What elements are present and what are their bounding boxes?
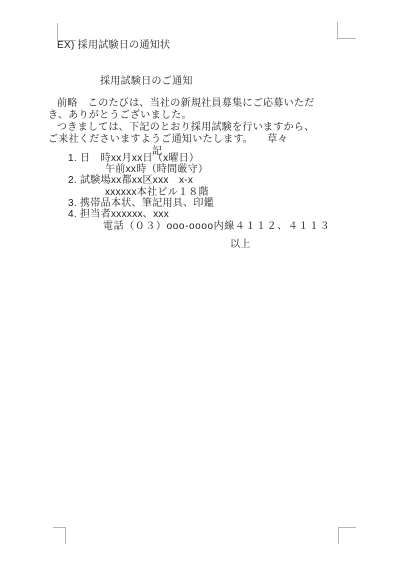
item-number: 3.: [68, 198, 80, 209]
list-item-venue: 2. 試験場 xx都xx区xxx x-x: [68, 175, 214, 186]
list-item-date: 1. 日 時 xx月xx日（x曜日）: [68, 153, 214, 164]
item-label: 携帯品: [80, 198, 110, 209]
item-value: 本状、筆記用具、印鑑: [111, 198, 214, 209]
item-value: 午前xx時（時間厳守）: [105, 164, 208, 175]
item-value: xxxxxx本社ビル１８階: [105, 187, 209, 198]
document-page: EX) 採用試験日の通知状 採用試験日のご通知 前略 このたびは、当社の新規社員…: [0, 0, 400, 565]
text-boundary-corner-mark-bottom-left: [53, 527, 66, 544]
item-number: 4.: [68, 209, 80, 220]
item-label: 試験場: [80, 175, 110, 186]
item-value: xxxxxx、xxx: [111, 209, 169, 220]
closing-word-spacer: [253, 134, 267, 145]
item-value: xx月xx日（x曜日）: [111, 153, 199, 164]
greeting-line-4-text: ご来社くださいますようご通知いたします。: [48, 134, 253, 145]
item-label: 担当者: [80, 209, 110, 220]
item-number: 1.: [68, 153, 80, 164]
list-item-venue-continuation: xxxxxx本社ビル１８階: [105, 187, 214, 198]
phone-line: 電話（０３）ooo-oooo内線４１１２、４１１３: [103, 221, 330, 232]
list-item-contact-person: 4. 担当者 xxxxxx、xxx: [68, 209, 214, 220]
list-item-date-continuation: 午前xx時（時間厳守）: [105, 164, 214, 175]
greeting-line-4: ご来社くださいますようご通知いたします。 草々: [48, 134, 288, 145]
closing-mark: 以上: [230, 239, 251, 250]
item-label: 日 時: [80, 153, 110, 164]
document-title: 採用試験日のご通知: [100, 76, 193, 87]
text-boundary-corner-mark-top-right: [337, 22, 356, 39]
text-boundary-corner-mark-bottom-right: [338, 527, 356, 544]
greeting-line-2: き、ありがとうございました。: [48, 110, 192, 121]
greeting-line-1: 前略 このたびは、当社の新規社員募集にご応募いただ: [57, 98, 315, 109]
item-value: xx都xx区xxx x-x: [111, 175, 193, 186]
text-boundary-corner-mark-top-left: [57, 23, 76, 41]
closing-word: 草々: [267, 134, 288, 145]
greeting-line-3: つきましては、下記のとおり採用試験を行いますから、: [57, 122, 315, 133]
notice-item-list: 1. 日 時 xx月xx日（x曜日） 午前xx時（時間厳守） 2. 試験場 xx…: [68, 153, 214, 220]
item-number: 2.: [68, 175, 80, 186]
list-item-belongings: 3. 携帯品 本状、筆記用具、印鑑: [68, 198, 214, 209]
example-label: EX) 採用試験日の通知状: [57, 40, 170, 51]
